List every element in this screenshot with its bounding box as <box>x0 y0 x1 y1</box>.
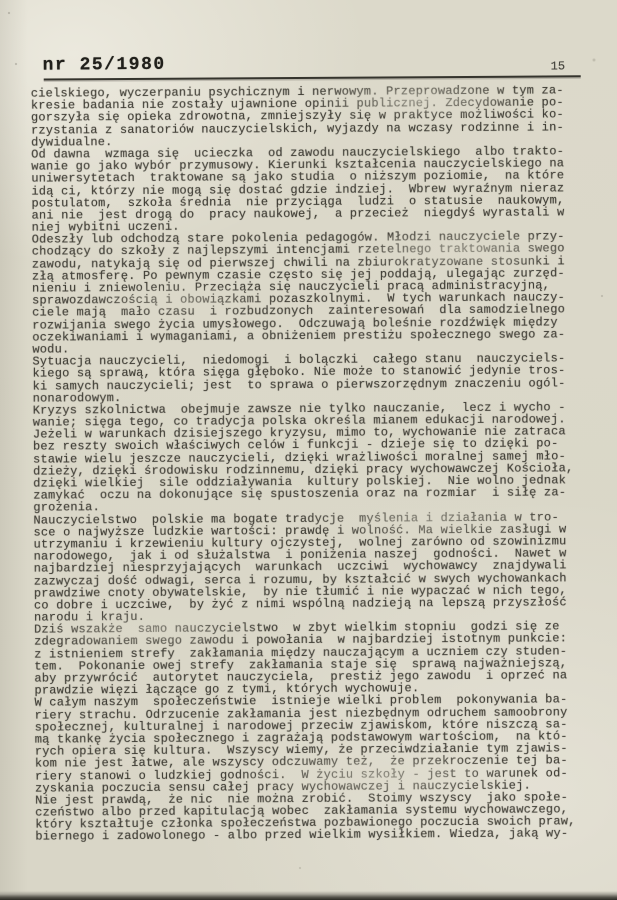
document-body: cielskiego, wyczerpaniu psychicznym i ne… <box>31 84 598 843</box>
issue-label: nr 25/1980 <box>43 55 166 76</box>
text-line: rzystania z sanatoriów nauczycielskich, … <box>31 121 593 137</box>
scanned-page: nr 25/1980 15 cielskiego, wyczerpaniu ps… <box>0 0 617 900</box>
header-rule <box>44 75 581 80</box>
page-content: nr 25/1980 15 cielskiego, wyczerpaniu ps… <box>0 0 617 900</box>
scan-bottom-edge <box>0 891 617 900</box>
page-number: 15 <box>551 59 565 73</box>
text-line: zamykać oczu na dokonujące się spustosze… <box>33 486 595 502</box>
text-line: ki samych nauczycieli; jest to sprawa o … <box>33 377 595 393</box>
text-line: biernego i zadowolonego - albo przed wie… <box>35 828 597 844</box>
text-line: oczekiwaniami i wymaganiami, a obniżenie… <box>32 328 594 344</box>
